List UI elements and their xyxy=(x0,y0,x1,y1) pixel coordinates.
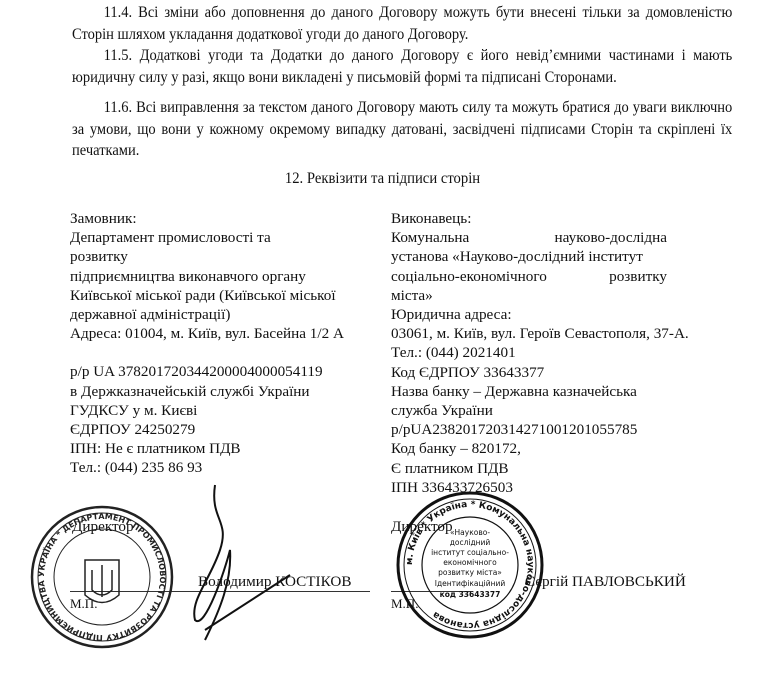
svg-text:розвитку міста»: розвитку міста» xyxy=(438,568,502,577)
contractor-edrpou: Код ЄДРПОУ 33643377 xyxy=(391,363,721,382)
customer-line: підприємництва виконавчого органу xyxy=(70,267,370,286)
contractor-name-part: науково-дослідна xyxy=(555,228,667,247)
section-title: 12. Реквізити та підписи сторін xyxy=(23,170,742,188)
svg-text:«Науково-: «Науково- xyxy=(450,528,490,537)
contractor-name-line: соціально-економічного розвитку xyxy=(391,267,667,286)
svg-text:Ідентифікаційний: Ідентифікаційний xyxy=(435,579,506,588)
contractor-name-part: соціально-економічного xyxy=(391,267,547,286)
customer-line: розвитку xyxy=(70,247,370,266)
clause-11-4: 11.4. Всі зміни або доповнення до даного… xyxy=(72,2,732,45)
clause-text: 11.6. Всі виправлення за текстом даного … xyxy=(72,99,732,159)
svg-text:інститут соціально-: інститут соціально- xyxy=(431,548,509,557)
customer-details: Замовник: Департамент промисловості та р… xyxy=(70,209,370,478)
contractor-address: 03061, м. Київ, вул. Героїв Севастополя,… xyxy=(391,324,721,343)
customer-address: Адреса: 01004, м. Київ, вул. Басейна 1/2… xyxy=(70,324,370,343)
contractor-bank: Назва банку – Державна казначейська xyxy=(391,382,721,401)
contractor-name-line: міста» xyxy=(391,286,721,305)
customer-edrpou: ЄДРПОУ 24250279 xyxy=(70,420,370,439)
contractor-label: Виконавець: xyxy=(391,209,721,228)
contractor-details: Виконавець: Комунальна науково-дослідна … xyxy=(391,209,721,497)
customer-account: р/р UA 378201720344200004000054119 xyxy=(70,362,370,381)
customer-line: Київської міської ради (Київської місько… xyxy=(70,286,370,305)
contractor-name-line: Комунальна науково-дослідна xyxy=(391,228,667,247)
svg-text:економічного: економічного xyxy=(443,558,497,567)
clause-11-6: 11.6. Всі виправлення за текстом даного … xyxy=(72,97,732,162)
customer-bank: ГУДКСУ у м. Києві xyxy=(70,401,370,420)
customer-bank: в Держказначейській службі України xyxy=(70,382,370,401)
contractor-signer-name: Сергій ПАВЛОВСЬКИЙ xyxy=(525,573,686,591)
customer-label: Замовник: xyxy=(70,209,370,228)
contractor-phone: Тел.: (044) 2021401 xyxy=(391,343,721,362)
clause-text: 11.5. Додаткові угоди та Додатки до дано… xyxy=(72,47,732,86)
svg-text:дослідний: дослідний xyxy=(450,538,491,547)
contractor-stamp-icon: м. Київ * Україна * Комунальна науково-д… xyxy=(395,490,545,640)
customer-vat: ІПН: Не є платником ПДВ xyxy=(70,439,370,458)
svg-text:код 33643377: код 33643377 xyxy=(440,590,501,599)
contractor-name-part: Комунальна xyxy=(391,228,469,247)
contractor-bank: служба України xyxy=(391,401,721,420)
contractor-account: р/рUA238201720314271001201055785 xyxy=(391,420,721,439)
contractor-line: Юридична адреса: xyxy=(391,305,721,324)
contractor-name-line: установа «Науково-дослідний інститут xyxy=(391,247,721,266)
clause-11-5: 11.5. Додаткові угоди та Додатки до дано… xyxy=(72,45,732,88)
customer-line: державної адміністрації) xyxy=(70,305,370,324)
contractor-bank-code: Код банку – 820172, xyxy=(391,439,721,458)
clause-text: 11.4. Всі зміни або доповнення до даного… xyxy=(72,4,732,43)
customer-signature-icon xyxy=(150,480,300,650)
customer-line: Департамент промисловості та xyxy=(70,228,370,247)
svg-text:УКРАЇНА * ДЕПАРТАМЕНТ ПРОМИСЛО: УКРАЇНА * ДЕПАРТАМЕНТ ПРОМИСЛОВОСТІ ТА Р… xyxy=(30,505,167,642)
contractor-name-part: розвитку xyxy=(609,267,667,286)
contractor-vat: Є платником ПДВ xyxy=(391,459,721,478)
customer-phone: Тел.: (044) 235 86 93 xyxy=(70,458,370,477)
